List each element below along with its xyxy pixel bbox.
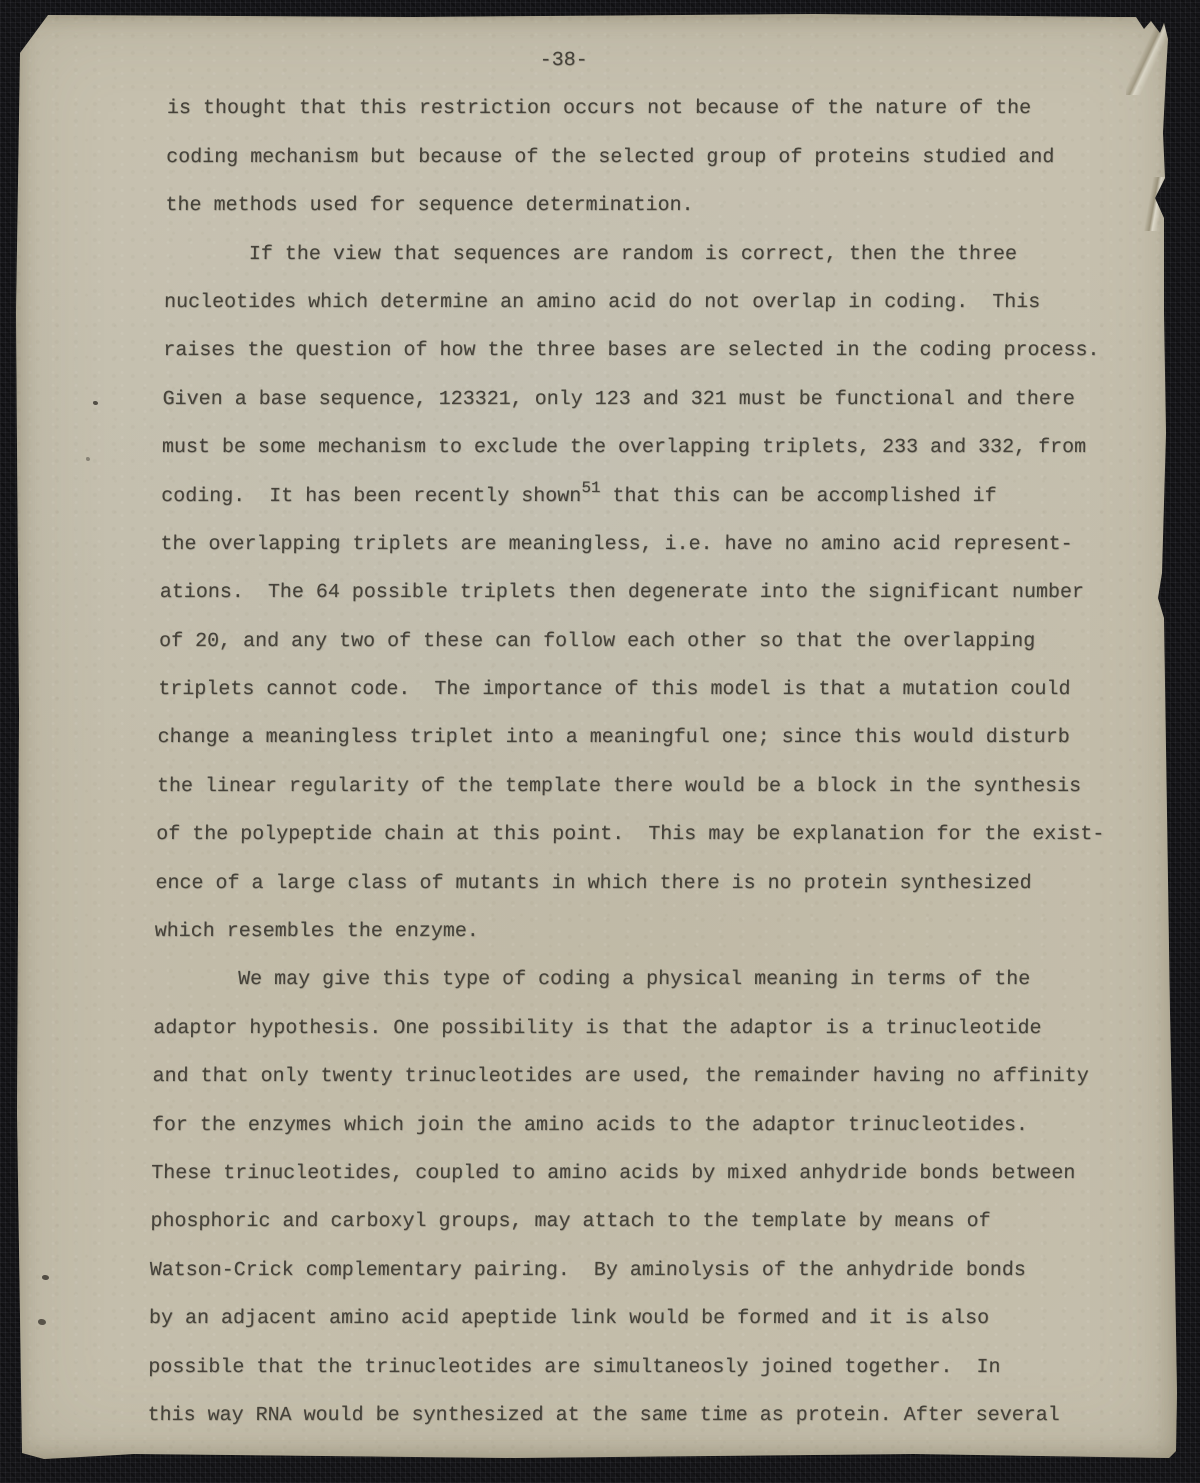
text-line: If the view that sequences are random is… <box>164 231 1113 279</box>
document-page: -38-is thought that this restriction occ… <box>14 13 1180 1463</box>
text-line: coding mechanism but because of the sele… <box>166 134 1115 182</box>
text-line: is thought that this restriction occurs … <box>167 85 1116 133</box>
text-line: the linear regularity of the template th… <box>157 763 1106 811</box>
text-line: coding. It has been recently shown51 tha… <box>161 473 1110 521</box>
paper-speck <box>42 1275 49 1280</box>
paper-speck <box>86 457 90 461</box>
text-line: of the polypeptide chain at this point. … <box>156 811 1105 859</box>
text-segment: that this can be accomplished if <box>600 485 996 508</box>
text-line: triplets cannot code. The importance of … <box>158 666 1107 714</box>
paper-crease <box>1138 177 1172 231</box>
text-line: ations. The 64 possible triplets then de… <box>159 569 1108 617</box>
text-line: by an adjacent amino acid apeptide link … <box>149 1295 1098 1343</box>
paper-speck <box>628 199 632 202</box>
text-line: the methods used for sequence determinat… <box>165 182 1114 230</box>
text-line: for the enzymes which join the amino aci… <box>151 1102 1100 1150</box>
text-line: and that only twenty trinucleotides are … <box>152 1053 1101 1101</box>
text-line: nucleotides which determine an amino aci… <box>164 279 1113 327</box>
text-line: adaptor hypothesis. One possibility is t… <box>153 1005 1102 1053</box>
page-text: -38-is thought that this restriction occ… <box>147 37 1116 1440</box>
superscript-reference: 51 <box>581 479 600 497</box>
text-line: Given a base sequence, 123321, only 123 … <box>162 376 1111 424</box>
text-segment: coding. It has been recently shown <box>161 485 581 508</box>
text-line: raises the question of how the three bas… <box>163 327 1112 375</box>
scan-background: -38-is thought that this restriction occ… <box>0 0 1200 1483</box>
paper-speck <box>93 401 98 405</box>
text-line: which resembles the enzyme. <box>154 908 1103 956</box>
text-line: change a meaningless triplet into a mean… <box>157 714 1106 762</box>
text-line: of 20, and any two of these can follow e… <box>159 618 1108 666</box>
text-line: ence of a large class of mutants in whic… <box>155 860 1104 908</box>
text-line: must be some mechanism to exclude the ov… <box>162 424 1111 472</box>
text-line: this way RNA would be synthesized at the… <box>147 1392 1096 1440</box>
text-line: the overlapping triplets are meaningless… <box>160 521 1109 569</box>
text-line: possible that the trinucleotides are sim… <box>148 1344 1097 1392</box>
text-line: phosphoric and carboxyl groups, may atta… <box>150 1198 1099 1246</box>
page-number: -38- <box>167 37 1116 85</box>
text-line: These trinucleotides, coupled to amino a… <box>151 1150 1100 1198</box>
text-line: We may give this type of coding a physic… <box>154 956 1103 1004</box>
text-line: Watson-Crick complementary pairing. By a… <box>149 1247 1098 1295</box>
paper-speck <box>38 1319 46 1325</box>
paper-crease <box>1126 17 1172 95</box>
